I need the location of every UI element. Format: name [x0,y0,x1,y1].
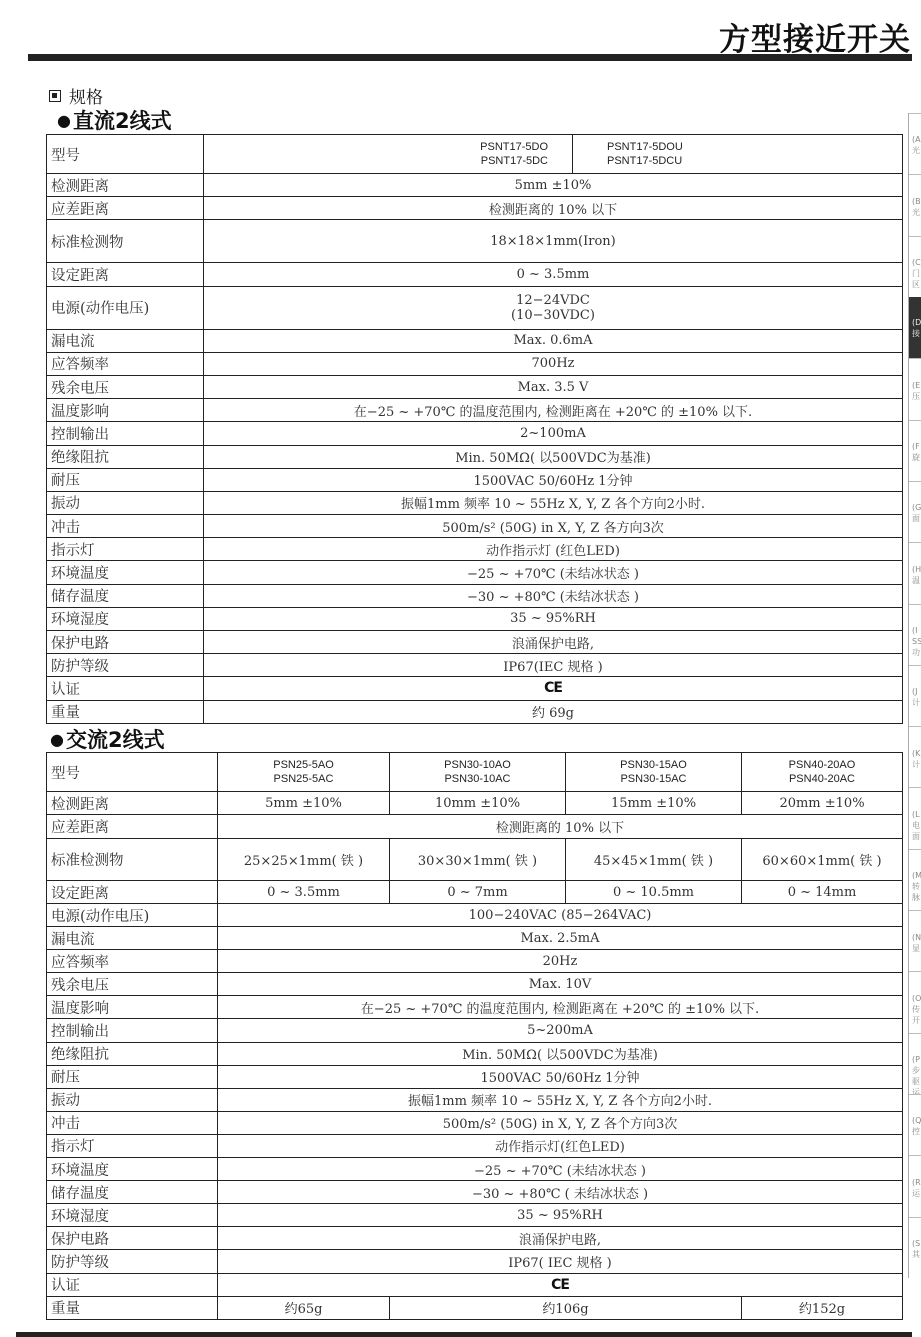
row-label: 指示灯 [47,1134,218,1157]
row-label: 漏电流 [47,927,218,950]
row-label: 认证 [47,1273,218,1296]
row-value: 5mm ±10% [204,174,903,197]
row-value: Max. 10V [218,973,903,996]
dc-section-title: ●直流2线式 [57,105,172,135]
row-label: 储存温度 [47,584,204,607]
side-tab[interactable]: (N 显 [909,910,921,971]
row-value: 700Hz [204,352,903,375]
row-value: −30 ~ +80℃ ( 未结冰状态 ) [218,1181,903,1204]
row-label: 控制输出 [47,1019,218,1042]
model-cell: PSNT17-5DOUPSNT17-5DCU [573,135,903,174]
row-label: 保护电路 [47,1227,218,1250]
row-value: −30 ~ +80℃ (未结冰状态 ) [204,584,903,607]
model-name: PSN30-15AC [566,772,741,786]
bullet-icon: ● [57,111,71,130]
row-value: 18×18×1mm(Iron) [204,220,903,263]
row-label: 温度影响 [47,399,204,422]
row-label: 振动 [47,1088,218,1111]
row-label: 检测距离 [47,792,218,815]
row-value: 0 ~ 3.5mm [218,881,390,904]
row-value: 2~100mA [204,422,903,445]
row-label: 漏电流 [47,329,204,352]
table-row: 保护电路浪涌保护电路, [47,631,903,654]
table-row: 防护等级IP67(IEC 规格 ) [47,654,903,677]
model-name: PSN30-10AC [390,772,565,786]
row-label: 环境温度 [47,1158,218,1181]
row-value: CE [218,1273,903,1296]
table-row: 标准检测物25×25×1mm( 铁 )30×30×1mm( 铁 )45×45×1… [47,839,903,881]
model-name: PSNT17-5DOU [607,140,902,154]
table-row: 认证CE [47,677,903,700]
table-row: 设定距离0 ~ 3.5mm0 ~ 7mm0 ~ 10.5mm0 ~ 14mm [47,881,903,904]
row-value: 20mm ±10% [742,792,903,815]
table-row: 环境湿度35 ~ 95%RH [47,1204,903,1227]
row-label: 应差距离 [47,197,204,220]
row-label: 重量 [47,1296,218,1319]
row-value: 100−240VAC (85−264VAC) [218,904,903,927]
row-value: 0 ~ 14mm [742,881,903,904]
row-value: 振幅1mm 频率 10 ~ 55Hz X, Y, Z 各个方向2小时. [204,491,903,514]
row-label: 标准检测物 [47,220,204,263]
table-row: 耐压1500VAC 50/60Hz 1分钟 [47,1065,903,1088]
table-row: 控制输出2~100mA [47,422,903,445]
row-label: 应答频率 [47,352,204,375]
dc-spec-table: 型号PSNT17-5DOPSNT17-5DCPSNT17-5DOUPSNT17-… [46,134,903,724]
row-value: 20Hz [218,950,903,973]
model-cell: PSN40-20AOPSN40-20AC [742,753,903,792]
table-row: 重量约65g约106g约152g [47,1296,903,1319]
table-row: 储存温度−30 ~ +80℃ (未结冰状态 ) [47,584,903,607]
row-label: 绝缘阻抗 [47,445,204,468]
side-tab[interactable]: (A 光 [909,113,921,174]
table-row: 残余电压Max. 10V [47,973,903,996]
row-value: CE [204,677,903,700]
value-line: (10−30VDC) [204,308,902,323]
ce-mark-icon: CE [551,1277,569,1293]
row-label: 残余电压 [47,375,204,398]
table-row: 重量约 69g [47,700,903,723]
table-row: 指示灯动作指示灯(红色LED) [47,1134,903,1157]
model-cell: PSN30-10AOPSN30-10AC [390,753,566,792]
row-value: 35 ~ 95%RH [204,607,903,630]
row-value: −25 ~ +70℃ (未结冰状态 ) [218,1158,903,1181]
model-cell: PSN25-5AOPSN25-5AC [218,753,390,792]
model-name: PSN25-5AO [218,758,389,772]
row-value: 1500VAC 50/60Hz 1分钟 [204,468,903,491]
row-label: 设定距离 [47,263,204,286]
table-row: 检测距离5mm ±10%10mm ±10%15mm ±10%20mm ±10% [47,792,903,815]
row-label: 电源(动作电压) [47,904,218,927]
model-name: PSNT17-5DCU [607,154,902,168]
row-label: 控制输出 [47,422,204,445]
table-row: 绝缘阻抗Min. 50MΩ( 以500VDC为基准) [47,1042,903,1065]
row-label: 耐压 [47,1065,218,1088]
table-row: 漏电流Max. 0.6mA [47,329,903,352]
row-value: 浪涌保护电路, [204,631,903,654]
table-row: 温度影响在−25 ~ +70℃ 的温度范围内, 检测距离在 +20℃ 的 ±10… [47,996,903,1019]
page-title: 方型接近开关 [719,14,911,59]
model-name: PSNT17-5DO [204,140,548,154]
side-tab[interactable]: (E 压 [909,358,921,419]
row-value: 约 69g [204,700,903,723]
side-tab[interactable]: (O 传 开 [909,971,921,1032]
row-value: 振幅1mm 频率 10 ~ 55Hz X, Y, Z 各个方向2小时. [218,1088,903,1111]
row-label: 型号 [47,753,218,792]
row-label: 耐压 [47,468,204,491]
model-name: PSN40-20AO [742,758,902,772]
row-label: 标准检测物 [47,839,218,881]
row-label: 检测距离 [47,174,204,197]
table-row: 控制输出5~200mA [47,1019,903,1042]
table-row: 设定距离0 ~ 3.5mm [47,263,903,286]
table-row: 指示灯动作指示灯 (红色LED) [47,538,903,561]
table-row: 应答频率20Hz [47,950,903,973]
row-label: 重量 [47,700,204,723]
row-value: 30×30×1mm( 铁 ) [390,839,566,881]
side-tab[interactable]: (B 光 [909,174,921,235]
row-label: 温度影响 [47,996,218,1019]
row-label: 残余电压 [47,973,218,996]
side-tab[interactable]: (J 计 [909,665,921,726]
row-value: 5~200mA [218,1019,903,1042]
table-row: 环境温度−25 ~ +70℃ (未结冰状态 ) [47,1158,903,1181]
row-value: −25 ~ +70℃ (未结冰状态 ) [204,561,903,584]
row-label: 应差距离 [47,815,218,839]
side-tab[interactable]: (Q 控 [909,1094,921,1155]
row-value: 35 ~ 95%RH [218,1204,903,1227]
row-value: Max. 2.5mA [218,927,903,950]
row-value: 60×60×1mm( 铁 ) [742,839,903,881]
table-row: 冲击500m/s² (50G) in X, Y, Z 各个方向3次 [47,1111,903,1134]
side-tab[interactable]: (F 旋 [909,420,921,481]
row-label: 保护电路 [47,631,204,654]
row-value: 在−25 ~ +70℃ 的温度范围内, 检测距离在 +20℃ 的 ±10% 以下… [218,996,903,1019]
model-name: PSNT17-5DC [204,154,548,168]
row-label: 环境湿度 [47,1204,218,1227]
bullet-icon: ● [50,730,64,749]
side-tab[interactable]: (S 其 [909,1217,921,1278]
row-label: 绝缘阻抗 [47,1042,218,1065]
table-row: 电源(动作电压)12−24VDC(10−30VDC) [47,286,903,329]
row-value: 检测距离的 10% 以下 [218,815,903,839]
table-row: 温度影响在−25 ~ +70℃ 的温度范围内, 检测距离在 +20℃ 的 ±10… [47,399,903,422]
side-tab[interactable]: (L 电 面 [909,787,921,848]
model-cell: PSNT17-5DOPSNT17-5DC [204,135,573,174]
row-value: 0 ~ 7mm [390,881,566,904]
table-row: 标准检测物18×18×1mm(Iron) [47,220,903,263]
row-label: 环境温度 [47,561,204,584]
row-value: 1500VAC 50/60Hz 1分钟 [218,1065,903,1088]
side-tab[interactable]: (I SS 功 [909,604,921,665]
table-row: 漏电流Max. 2.5mA [47,927,903,950]
ce-mark-icon: CE [544,680,562,696]
row-value: 在−25 ~ +70℃ 的温度范围内, 检测距离在 +20℃ 的 ±10% 以下… [204,399,903,422]
row-label: 认证 [47,677,204,700]
table-row: 认证CE [47,1273,903,1296]
table-row: 型号PSNT17-5DOPSNT17-5DCPSNT17-5DOUPSNT17-… [47,135,903,174]
row-value: 0 ~ 3.5mm [204,263,903,286]
value-line: 12−24VDC [204,293,902,308]
model-name: PSN25-5AC [218,772,389,786]
header-rule [28,54,912,61]
model-cell: PSN30-15AOPSN30-15AC [566,753,742,792]
table-row: 电源(动作电压)100−240VAC (85−264VAC) [47,904,903,927]
side-tab[interactable]: (M 转 脉 [909,849,921,910]
row-value: Min. 50MΩ( 以500VDC为基准) [204,445,903,468]
row-value: 500m/s² (50G) in X, Y, Z 各方向3次 [204,515,903,538]
row-value: 浪涌保护电路, [218,1227,903,1250]
row-value: 500m/s² (50G) in X, Y, Z 各个方向3次 [218,1111,903,1134]
row-value: Max. 3.5 V [204,375,903,398]
table-row: 型号PSN25-5AOPSN25-5ACPSN30-10AOPSN30-10AC… [47,753,903,792]
row-label: 应答频率 [47,950,218,973]
row-label: 电源(动作电压) [47,286,204,329]
side-tab[interactable]: (P 步 驱 运 [909,1033,921,1094]
row-label: 振动 [47,491,204,514]
row-label: 设定距离 [47,881,218,904]
table-row: 保护电路浪涌保护电路, [47,1227,903,1250]
model-name: PSN30-10AO [390,758,565,772]
model-name: PSN30-15AO [566,758,741,772]
table-row: 防护等级IP67( IEC 规格 ) [47,1250,903,1273]
row-value: 15mm ±10% [566,792,742,815]
row-label: 冲击 [47,1111,218,1134]
table-row: 绝缘阻抗Min. 50MΩ( 以500VDC为基准) [47,445,903,468]
row-value: 检测距离的 10% 以下 [204,197,903,220]
row-value: 25×25×1mm( 铁 ) [218,839,390,881]
side-tab[interactable]: (K 计 [909,726,921,787]
table-row: 冲击500m/s² (50G) in X, Y, Z 各方向3次 [47,515,903,538]
ac-spec-table: 型号PSN25-5AOPSN25-5ACPSN30-10AOPSN30-10AC… [46,752,903,1320]
ac-section-title: ●交流2线式 [50,724,165,754]
footer-rule [16,1332,912,1337]
row-label: 防护等级 [47,654,204,677]
side-tab[interactable]: (D 接 [909,297,921,358]
row-value: 5mm ±10% [218,792,390,815]
row-label: 型号 [47,135,204,174]
row-label: 环境湿度 [47,607,204,630]
table-row: 残余电压Max. 3.5 V [47,375,903,398]
side-index-tabs: (A 光(B 光(C 门区(D 接(E 压(F 旋(G 面(H 温(I SS 功… [908,113,921,1278]
square-bullet-icon [49,90,61,102]
side-tab[interactable]: (G 面 [909,481,921,542]
model-name: PSN40-20AC [742,772,902,786]
table-row: 应差距离检测距离的 10% 以下 [47,197,903,220]
table-row: 储存温度−30 ~ +80℃ ( 未结冰状态 ) [47,1181,903,1204]
row-value: Max. 0.6mA [204,329,903,352]
table-row: 振动振幅1mm 频率 10 ~ 55Hz X, Y, Z 各个方向2小时. [47,491,903,514]
table-row: 耐压1500VAC 50/60Hz 1分钟 [47,468,903,491]
table-row: 环境湿度35 ~ 95%RH [47,607,903,630]
row-value: 动作指示灯(红色LED) [218,1134,903,1157]
side-tab[interactable]: (H 温 [909,542,921,603]
row-value: IP67(IEC 规格 ) [204,654,903,677]
row-value: 动作指示灯 (红色LED) [204,538,903,561]
row-value: 约152g [742,1296,903,1319]
row-label: 防护等级 [47,1250,218,1273]
row-label: 储存温度 [47,1181,218,1204]
row-value: IP67( IEC 规格 ) [218,1250,903,1273]
row-value: 约106g [390,1296,742,1319]
table-row: 检测距离5mm ±10% [47,174,903,197]
table-row: 应答频率700Hz [47,352,903,375]
row-value: 约65g [218,1296,390,1319]
row-value: 0 ~ 10.5mm [566,881,742,904]
table-row: 振动振幅1mm 频率 10 ~ 55Hz X, Y, Z 各个方向2小时. [47,1088,903,1111]
table-row: 环境温度−25 ~ +70℃ (未结冰状态 ) [47,561,903,584]
side-tab[interactable]: (R 运 [909,1155,921,1216]
row-value: 10mm ±10% [390,792,566,815]
row-label: 指示灯 [47,538,204,561]
row-value: Min. 50MΩ( 以500VDC为基准) [218,1042,903,1065]
side-tab[interactable]: (C 门区 [909,236,921,297]
table-row: 应差距离检测距离的 10% 以下 [47,815,903,839]
row-value: 45×45×1mm( 铁 ) [566,839,742,881]
row-value: 12−24VDC(10−30VDC) [204,286,903,329]
row-label: 冲击 [47,515,204,538]
